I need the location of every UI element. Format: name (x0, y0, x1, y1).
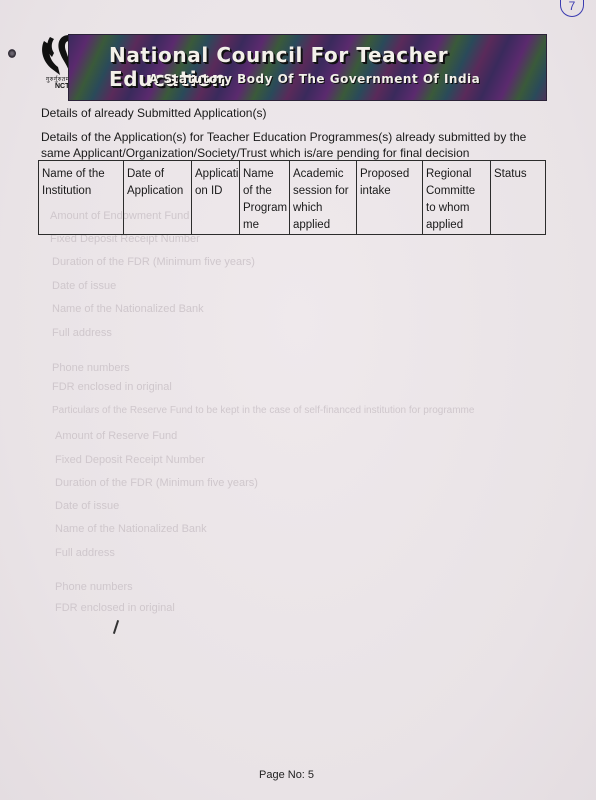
bleed-through-text: Duration of the FDR (Minimum five years) (55, 477, 258, 489)
bleed-through-text: Phone numbers (55, 581, 133, 593)
bleed-through-text: Particulars of the Reserve Fund to be ke… (52, 405, 474, 416)
bleed-through-text: Full address (55, 547, 115, 559)
section-title: Details of already Submitted Application… (41, 106, 266, 120)
column-header-application-date: Date of Application (124, 161, 192, 235)
section-description: Details of the Application(s) for Teache… (41, 129, 541, 161)
letterhead-banner: National Council For Teacher Education A… (68, 34, 547, 101)
bleed-through-text: Fixed Deposit Receipt Number (55, 454, 205, 466)
page-number: Page No: 5 (259, 769, 314, 781)
letterhead: गुरुर्गुरुतमो धाम NCTE National Council … (38, 31, 546, 99)
punch-hole (8, 49, 16, 58)
bleed-through-text: Name of the Nationalized Bank (55, 523, 207, 535)
bleed-through-text: Phone numbers (52, 362, 130, 374)
bleed-through-text: FDR enclosed in original (55, 602, 175, 614)
column-header-status: Status (491, 161, 546, 235)
table-header-row: Name of the Institution Date of Applicat… (39, 161, 546, 235)
bleed-through-text: FDR enclosed in original (52, 381, 172, 393)
bleed-through-text: Date of issue (52, 280, 116, 292)
bleed-through-text: Name of the Nationalized Bank (52, 303, 204, 315)
bleed-through-text: Date of issue (55, 500, 119, 512)
document-page: Amount of Endowment Fund Fixed Deposit R… (0, 0, 596, 800)
bleed-through-text: Duration of the FDR (Minimum five years) (52, 256, 255, 268)
bleed-through-text: Amount of Reserve Fund (55, 430, 177, 442)
organization-subtitle: A Statutory Body Of The Government Of In… (149, 72, 480, 86)
column-header-programme-name: Name of the Program me (240, 161, 290, 235)
column-header-application-id: Applicati on ID (192, 161, 240, 235)
column-header-proposed-intake: Proposed intake (357, 161, 423, 235)
handwritten-page-number: 7 (560, 0, 584, 17)
submitted-applications-table: Name of the Institution Date of Applicat… (38, 160, 546, 235)
column-header-institution-name: Name of the Institution (39, 161, 124, 235)
column-header-regional-committee: Regional Committe to whom applied (423, 161, 491, 235)
bleed-through-text: Full address (52, 327, 112, 339)
column-header-academic-session: Academic session for which applied (290, 161, 357, 235)
pen-mark (113, 620, 119, 634)
